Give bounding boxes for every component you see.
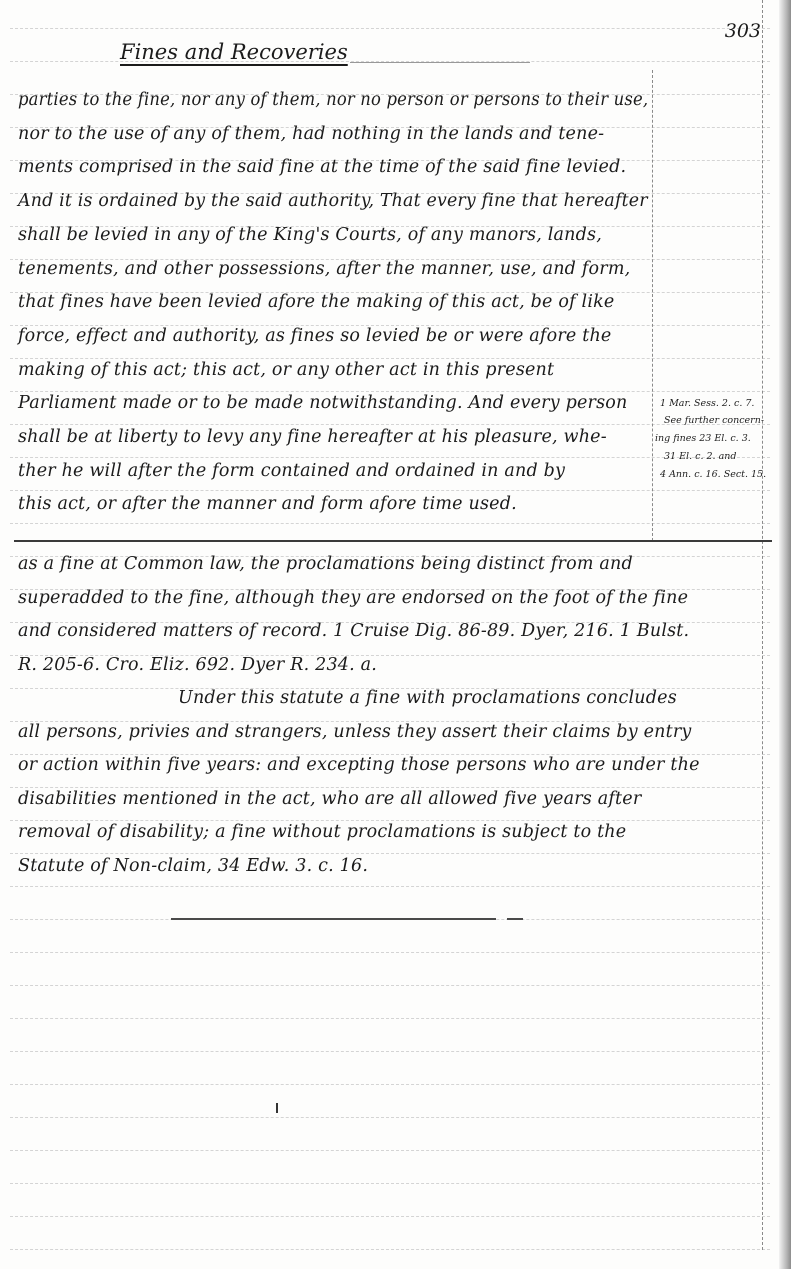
ruled-line xyxy=(10,1216,770,1217)
ruled-line xyxy=(10,1084,770,1085)
margin-note: See further concern- xyxy=(664,414,764,428)
end-rule xyxy=(171,918,496,920)
ruled-line xyxy=(10,952,770,953)
section-divider xyxy=(14,540,772,542)
text-line: ther he will after the form contained an… xyxy=(18,461,565,481)
text-line: and considered matters of record. 1 Crui… xyxy=(18,621,689,641)
text-line: removal of disability; a fine without pr… xyxy=(18,822,626,842)
ruled-line xyxy=(10,886,770,887)
margin-note: 31 El. c. 2. and xyxy=(664,450,736,464)
manuscript-page: 303 Fines and Recoveries parties to the … xyxy=(0,0,791,1269)
ruled-line xyxy=(10,1117,770,1118)
text-line: shall be at liberty to levy any fine her… xyxy=(18,427,607,447)
ruled-line xyxy=(10,1249,770,1250)
ruled-line xyxy=(10,490,770,491)
page-edge-shadow xyxy=(779,0,791,1269)
ruled-line xyxy=(10,1051,770,1052)
text-line: or action within five years: and excepti… xyxy=(18,755,700,775)
text-line: tenements, and other possessions, after … xyxy=(18,259,630,279)
margin-note: 4 Ann. c. 16. Sect. 15. xyxy=(660,468,766,482)
end-rule-tail xyxy=(507,918,523,920)
text-line: nor to the use of any of them, had nothi… xyxy=(18,124,604,144)
text-line: R. 205-6. Cro. Eliz. 692. Dyer R. 234. a… xyxy=(18,655,377,675)
ruled-line xyxy=(10,985,770,986)
margin-column-line xyxy=(652,70,653,541)
ruled-line xyxy=(10,424,770,425)
text-line: parties to the fine, nor any of them, no… xyxy=(18,90,648,110)
ruled-line xyxy=(10,820,770,821)
ruled-line xyxy=(10,1183,770,1184)
margin-note: 1 Mar. Sess. 2. c. 7. xyxy=(660,397,754,411)
text-line: And it is ordained by the said authority… xyxy=(18,191,648,211)
text-line: as a fine at Common law, the proclamatio… xyxy=(18,554,633,574)
page-title: Fines and Recoveries xyxy=(120,40,348,64)
text-line: all persons, privies and strangers, unle… xyxy=(18,722,692,742)
page-number: 303 xyxy=(725,20,761,42)
ruled-line xyxy=(10,523,770,524)
ruled-line xyxy=(10,28,770,29)
ink-mark xyxy=(276,1103,278,1113)
right-margin-line xyxy=(762,0,763,1250)
text-line: shall be levied in any of the King's Cou… xyxy=(18,225,602,245)
ruled-line xyxy=(10,457,770,458)
text-line: superadded to the fine, although they ar… xyxy=(18,588,688,608)
text-line: this act, or after the manner and form a… xyxy=(18,494,517,514)
ruled-line xyxy=(10,1150,770,1151)
ruled-line xyxy=(10,1018,770,1019)
margin-note: ing fines 23 El. c. 3. xyxy=(655,432,751,446)
text-line: ments comprised in the said fine at the … xyxy=(18,157,626,177)
text-line: Under this statute a fine with proclamat… xyxy=(178,688,677,708)
text-line: making of this act; this act, or any oth… xyxy=(18,360,554,380)
text-line: force, effect and authority, as fines so… xyxy=(18,326,611,346)
ruled-line xyxy=(10,391,770,392)
text-line: that fines have been levied afore the ma… xyxy=(18,292,614,312)
text-line: Parliament made or to be made notwithsta… xyxy=(18,393,627,413)
text-line: disabilities mentioned in the act, who a… xyxy=(18,789,641,809)
ruled-line xyxy=(10,853,770,854)
text-line: Statute of Non-claim, 34 Edw. 3. c. 16. xyxy=(18,856,368,876)
title-underline-extension xyxy=(350,62,530,63)
